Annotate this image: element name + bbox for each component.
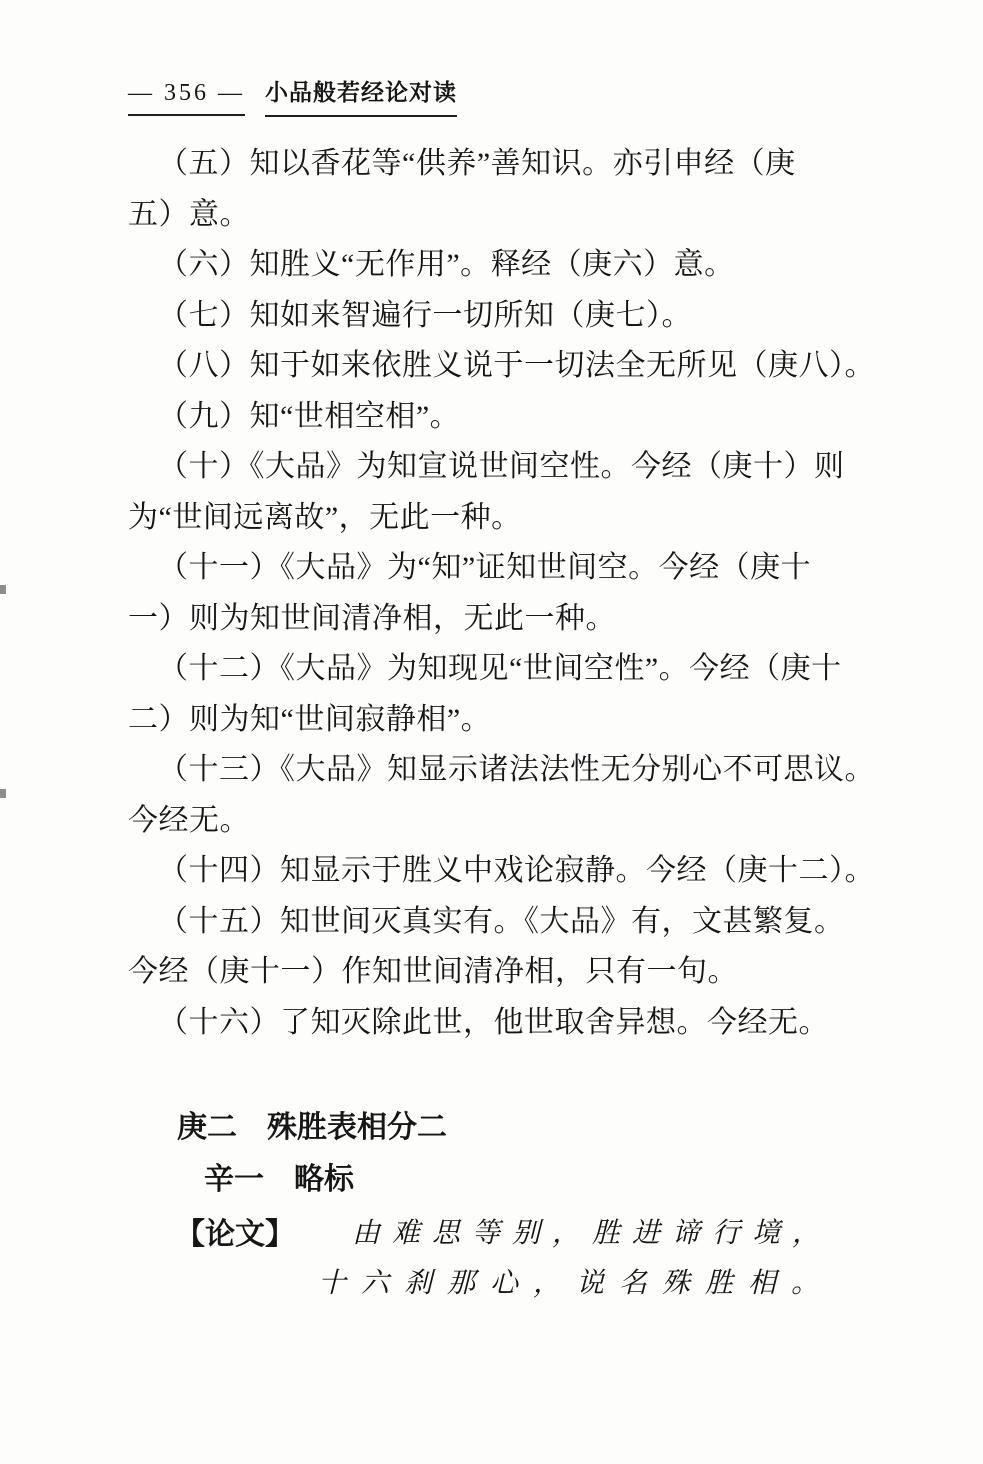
text-line: 五）意。 xyxy=(128,190,898,241)
section-title: 殊胜表相分二 xyxy=(267,1111,447,1144)
text-line: （十四）知显示于胜义中戏论寂静。今经（庚十二）。 xyxy=(128,846,898,897)
text-line: （十三）《大品》知显示诸法法性无分别心不可思议。 xyxy=(128,745,898,796)
text-line: 今经（庚十一）作知世间清净相，只有一句。 xyxy=(128,947,898,998)
running-head: — 356 — 小品般若经论对读 xyxy=(128,74,457,117)
text-line: （十六）了知灭除此世，他世取舍异想。今经无。 xyxy=(128,998,898,1049)
scan-speck xyxy=(0,585,6,594)
text-line: 今经无。 xyxy=(128,796,898,847)
scan-speck xyxy=(0,789,6,798)
body-text: （五）知以香花等“供养”善知识。亦引申经（庚 五）意。 （六）知胜义“无作用”。… xyxy=(128,139,898,1048)
book-page: — 356 — 小品般若经论对读 （五）知以香花等“供养”善知识。亦引申经（庚 … xyxy=(0,0,983,1464)
text-line: 二）则为知“世间寂静相”。 xyxy=(128,695,898,746)
text-line: （十二）《大品》为知现见“世间空性”。今经（庚十 xyxy=(128,644,898,695)
text-line: （十）《大品》为知宣说世间空性。今经（庚十）则 xyxy=(128,442,898,493)
text-line: （八）知于如来依胜义说于一切法全无所见（庚八）。 xyxy=(128,341,898,392)
text-line: 为“世间远离故”，无此一种。 xyxy=(128,493,898,544)
text-line: （十一）《大品》为“知”证知世间空。今经（庚十 xyxy=(128,543,898,594)
verse-line: 十六刹那心，说名殊胜相。 xyxy=(318,1261,834,1301)
section-heading-xin1: 辛一略标 xyxy=(204,1154,354,1198)
section-heading-geng2: 庚二殊胜表相分二 xyxy=(177,1102,447,1146)
section-number: 庚二 xyxy=(177,1111,237,1144)
text-line: （十五）知世间灭真实有。《大品》有，文甚繁复。 xyxy=(128,897,898,948)
section-title: 略标 xyxy=(294,1163,354,1196)
text-line: （六）知胜义“无作用”。释经（庚六）意。 xyxy=(128,240,898,291)
text-line: 一）则为知世间清净相，无此一种。 xyxy=(128,594,898,645)
text-line: （五）知以香花等“供养”善知识。亦引申经（庚 xyxy=(128,139,898,190)
page-number: — 356 — xyxy=(128,80,245,116)
book-title: 小品般若经论对读 xyxy=(265,74,457,117)
section-number: 辛一 xyxy=(204,1163,264,1196)
text-line: （七）知如来智遍行一切所知（庚七）。 xyxy=(128,291,898,342)
treatise-label: 【论文】 xyxy=(175,1209,295,1253)
verse-line: 由难思等别，胜进谛行境， xyxy=(352,1211,832,1251)
text-line: （九）知“世相空相”。 xyxy=(128,392,898,443)
